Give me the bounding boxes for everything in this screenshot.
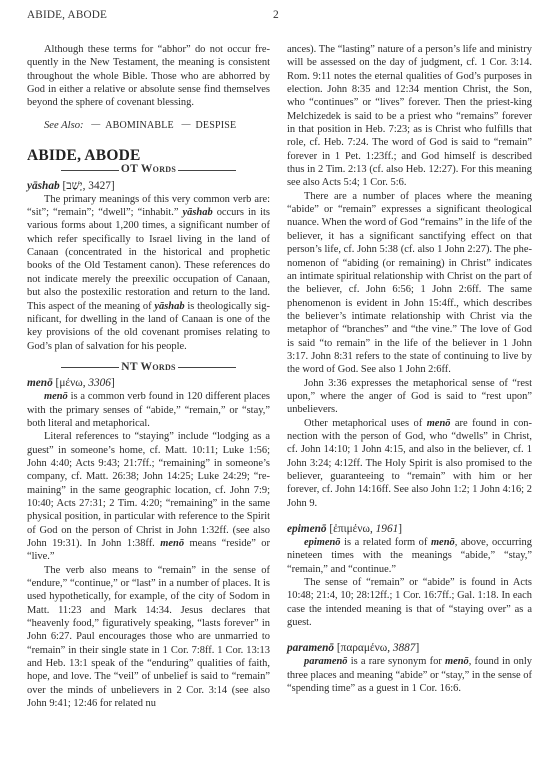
term: menō xyxy=(431,537,455,548)
right-column: ances). The “lasting” nature of a person… xyxy=(287,43,532,695)
see-also: See Also: —ABOMINABLE —DESPISE xyxy=(44,119,270,132)
greek-word: παραμένω xyxy=(341,642,388,654)
meno-paragraph-2: Literal references to “staying” include … xyxy=(27,430,270,563)
strongs-number: 3887 xyxy=(393,642,416,654)
word-heading-parameno: paramenō [παραμένω, 3887] xyxy=(287,641,532,655)
meno-paragraph-3: The verb also means to “remain” in the s… xyxy=(27,564,270,711)
nt-words-label: NT Words xyxy=(121,361,176,374)
text: are found in con­nection with the person… xyxy=(287,418,532,509)
term: menō xyxy=(44,391,68,402)
ot-words-divider: OT Words xyxy=(27,163,270,176)
strongs-number: 3427 xyxy=(88,180,111,192)
term: menō xyxy=(160,538,184,549)
text: Other metaphorical uses of xyxy=(304,418,427,429)
arrow-right-icon: — xyxy=(91,118,100,131)
running-head: ABIDE, ABODE xyxy=(27,9,107,21)
rule-line xyxy=(61,367,119,368)
greek-word: μένω xyxy=(59,377,82,389)
text: occurs in its various forms about 1,200 … xyxy=(27,207,270,311)
parameno-paragraph: paramenō is a rare synonym for menō, fou… xyxy=(287,655,532,695)
left-column: Although these terms for “abhor” do not … xyxy=(27,43,270,710)
transliteration: yāshab xyxy=(27,180,60,192)
bracket: [ xyxy=(334,642,341,654)
nt-words-divider: NT Words xyxy=(27,361,270,374)
epimeno-paragraph-2: The sense of “remain” or “abide” is foun… xyxy=(287,576,532,629)
intro-paragraph: Although these terms for “abhor” do not … xyxy=(27,43,270,110)
page-number: 2 xyxy=(273,9,279,21)
term: yāshab xyxy=(154,301,184,312)
epimeno-paragraph-1: epimenō is a related form of menō, above… xyxy=(287,536,532,576)
theological-paragraph: There are a number of places where the m… xyxy=(287,190,532,377)
word-heading-epimeno: epimenō [ἐπιμένω, 1961] xyxy=(287,522,532,536)
term: yāshab xyxy=(183,207,213,218)
bracket: ] xyxy=(111,180,115,192)
word-heading-meno: menō [μένω, 3306] xyxy=(27,376,270,390)
yashab-paragraph: The primary meanings of this very common… xyxy=(27,193,270,353)
see-also-link-despise[interactable]: DESPISE xyxy=(196,120,237,131)
text: Literal references to “staying” include … xyxy=(27,431,270,549)
term: epimenō xyxy=(304,537,341,548)
see-also-link-abominable[interactable]: ABOMINABLE xyxy=(105,120,174,131)
greek-word: ἐπιμένω xyxy=(333,523,370,535)
transliteration: epimenō xyxy=(287,523,327,535)
entry-title: ABIDE, ABODE xyxy=(27,149,270,162)
see-also-label: See Also: xyxy=(44,120,84,131)
rule-line xyxy=(61,170,119,171)
text: is a rare synonym for xyxy=(348,656,445,667)
term: menō xyxy=(427,418,451,429)
rule-line xyxy=(178,170,236,171)
bracket: ] xyxy=(415,642,419,654)
transliteration: menō xyxy=(27,377,53,389)
meno-paragraph-1: menō is a common verb found in 120 diffe… xyxy=(27,390,270,430)
text: is a related form of xyxy=(341,537,431,548)
strongs-number: 1961 xyxy=(376,523,399,535)
continued-paragraph: ances). The “lasting” nature of a person… xyxy=(287,43,532,190)
bracket: ] xyxy=(111,377,115,389)
word-heading-yashab: yāshab [יָשַׁב, 3427] xyxy=(27,179,270,193)
arrow-right-icon: — xyxy=(182,118,191,131)
term: menō xyxy=(445,656,469,667)
bracket: ] xyxy=(398,523,402,535)
hebrew-word: יָשַׁב xyxy=(66,180,82,192)
transliteration: paramenō xyxy=(287,642,334,654)
rest-upon-paragraph: John 3:36 expresses the metaphorical sen… xyxy=(287,377,532,417)
ot-words-label: OT Words xyxy=(121,163,176,176)
strongs-number: 3306 xyxy=(88,377,111,389)
rule-line xyxy=(178,367,236,368)
term: paramenō xyxy=(304,656,348,667)
metaphorical-paragraph: Other metaphorical uses of menō are foun… xyxy=(287,417,532,510)
